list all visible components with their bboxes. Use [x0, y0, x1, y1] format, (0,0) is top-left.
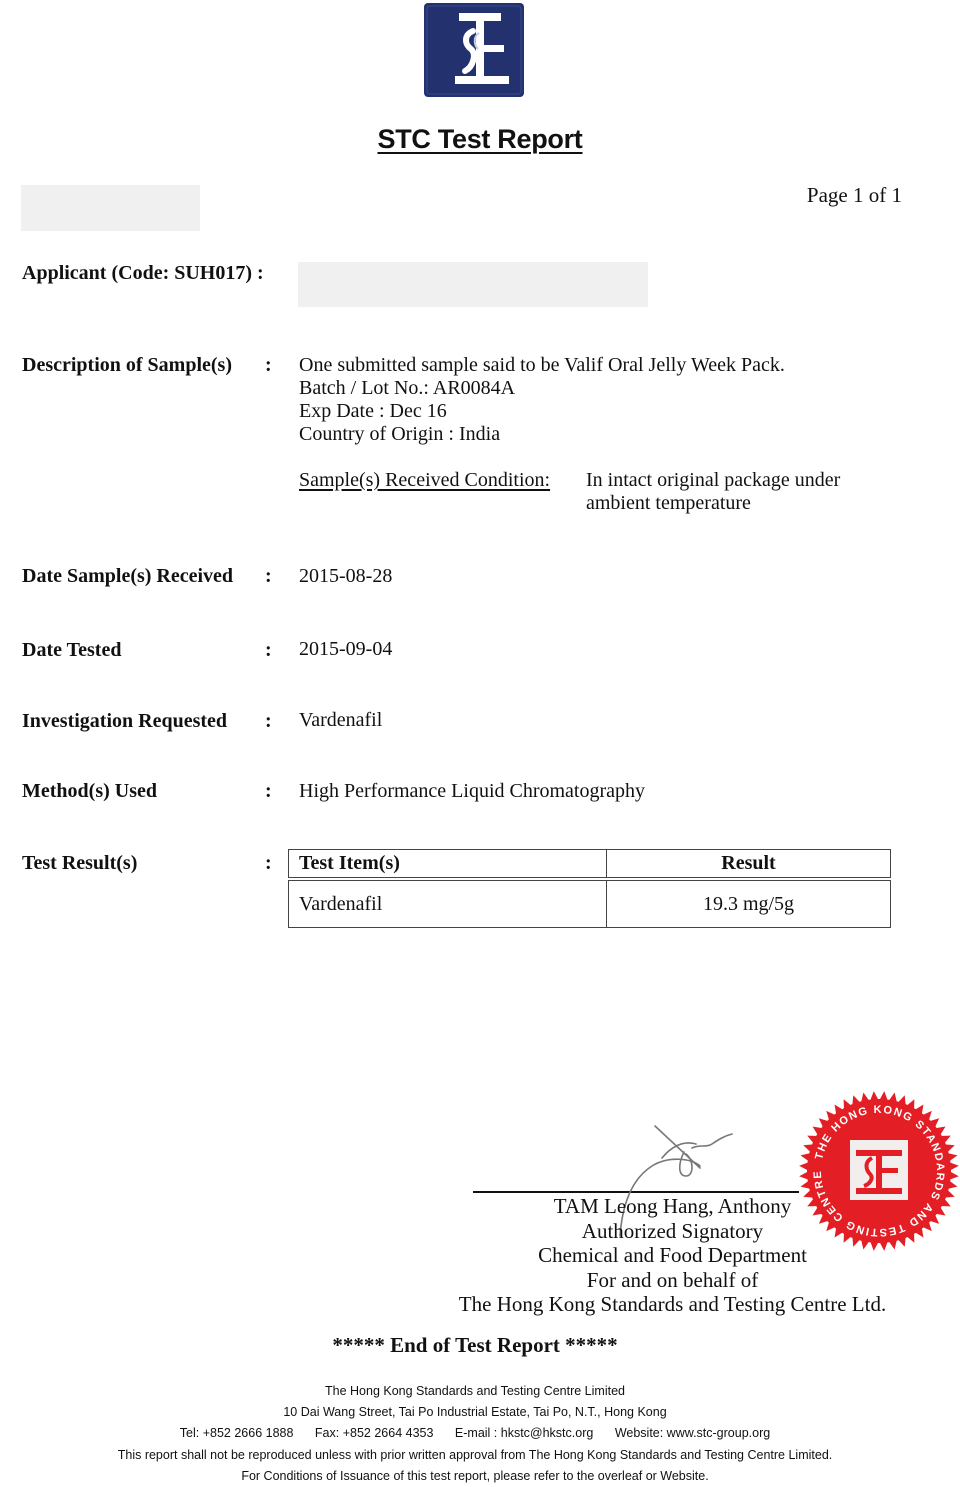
footer-disclaimer: This report shall not be reproduced unle…	[0, 1445, 950, 1466]
results-header-row: Test Item(s) Result	[289, 850, 891, 880]
signatory-department: Chemical and Food Department	[440, 1243, 905, 1268]
description-line: One submitted sample said to be Valif Or…	[299, 354, 785, 377]
date-received-colon: :	[265, 565, 272, 588]
received-condition-label: Sample(s) Received Condition:	[299, 469, 550, 492]
signatory-name: TAM Leong Hang, Anthony	[440, 1194, 905, 1219]
signatory-role: Authorized Signatory	[440, 1219, 905, 1244]
signatory-block: TAM Leong Hang, Anthony Authorized Signa…	[440, 1194, 905, 1317]
date-received-label: Date Sample(s) Received	[22, 565, 233, 588]
footer-website[interactable]: Website: www.stc-group.org	[615, 1426, 770, 1440]
method-value: High Performance Liquid Chromatography	[299, 780, 645, 803]
footer-contact: Tel: +852 2666 1888 Fax: +852 2664 4353 …	[0, 1423, 950, 1444]
stc-logo-icon	[421, 1, 527, 99]
footer-email[interactable]: E-mail : hkstc@hkstc.org	[455, 1426, 593, 1440]
footer: The Hong Kong Standards and Testing Cent…	[0, 1381, 950, 1487]
method-label: Method(s) Used	[22, 780, 157, 803]
description-label: Description of Sample(s)	[22, 354, 232, 377]
investigation-label: Investigation Requested	[22, 710, 227, 733]
footer-company: The Hong Kong Standards and Testing Cent…	[0, 1381, 950, 1402]
footer-address: 10 Dai Wang Street, Tai Po Industrial Es…	[0, 1402, 950, 1423]
signatory-behalf: For and on behalf of	[440, 1268, 905, 1293]
redacted-block	[21, 185, 200, 231]
footer-fax: Fax: +852 2664 4353	[315, 1426, 434, 1440]
country-origin-line: Country of Origin : India	[299, 423, 785, 446]
results-table: Test Item(s) Result Vardenafil 19.3 mg/5…	[288, 849, 891, 928]
report-title: STC Test Report	[0, 124, 960, 155]
investigation-value: Vardenafil	[299, 709, 382, 732]
test-item-cell: Vardenafil	[289, 879, 607, 928]
table-row: Vardenafil 19.3 mg/5g	[289, 879, 891, 928]
description-colon: :	[265, 354, 272, 377]
footer-conditions: For Conditions of Issuance of this test …	[0, 1466, 950, 1487]
date-received-value: 2015-08-28	[299, 565, 392, 588]
exp-date-line: Exp Date : Dec 16	[299, 400, 785, 423]
column-header-test-item: Test Item(s)	[289, 850, 607, 880]
report-title-text: STC Test Report	[377, 124, 582, 154]
test-results-colon: :	[265, 852, 272, 875]
description-value: One submitted sample said to be Valif Or…	[299, 354, 785, 446]
date-tested-value: 2015-09-04	[299, 638, 392, 661]
condition-line: In intact original package under	[586, 469, 840, 492]
investigation-colon: :	[265, 710, 272, 733]
end-of-report: ***** End of Test Report *****	[0, 1333, 950, 1358]
condition-line: ambient temperature	[586, 492, 840, 515]
date-tested-label: Date Tested	[22, 639, 121, 662]
batch-lot-line: Batch / Lot No.: AR0084A	[299, 377, 785, 400]
method-colon: :	[265, 780, 272, 803]
footer-tel: Tel: +852 2666 1888	[180, 1426, 294, 1440]
page-indicator: Page 1 of 1	[807, 183, 902, 208]
applicant-label: Applicant (Code: SUH017) :	[22, 262, 264, 285]
signatory-company: The Hong Kong Standards and Testing Cent…	[440, 1292, 905, 1317]
applicant-value-redacted	[298, 262, 648, 307]
test-results-label: Test Result(s)	[22, 852, 137, 875]
date-tested-colon: :	[265, 639, 272, 662]
received-condition-value: In intact original package under ambient…	[586, 469, 840, 515]
result-cell: 19.3 mg/5g	[607, 879, 891, 928]
column-header-result: Result	[607, 850, 891, 880]
